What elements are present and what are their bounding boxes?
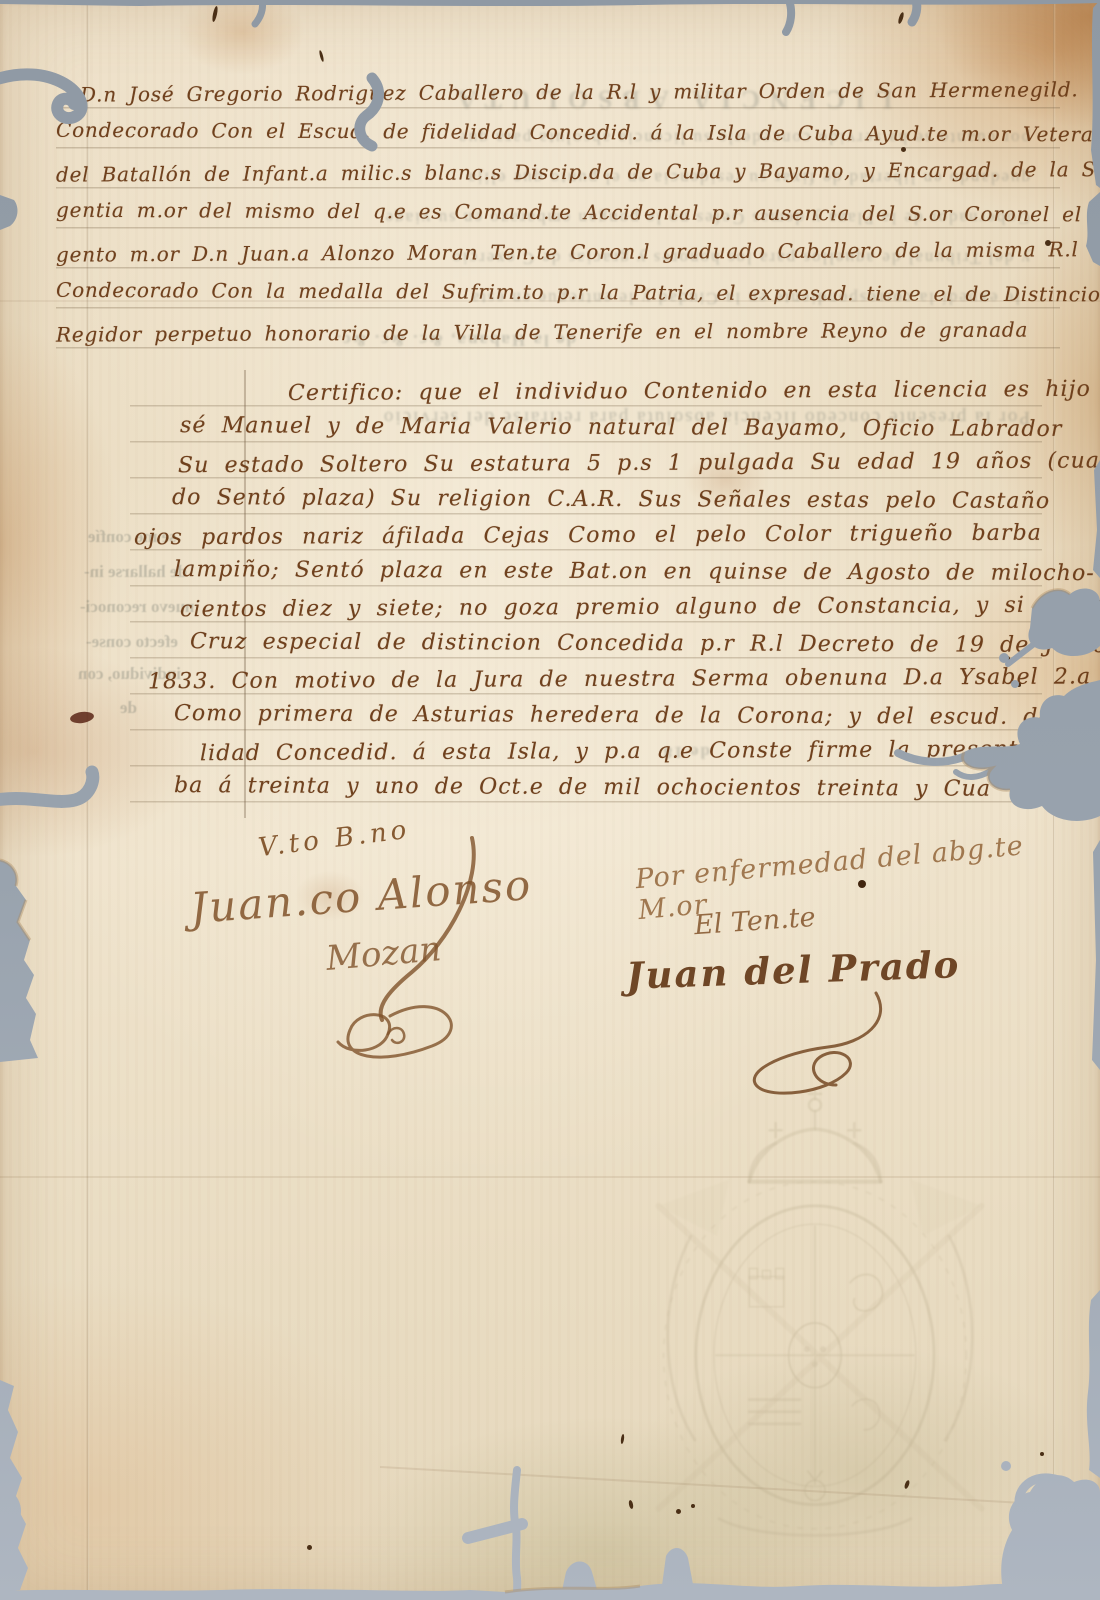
manuscript-line: Cruz especial de distincion Concedida p.… bbox=[190, 624, 1042, 664]
manuscript-line: Su estado Soltero Su estatura 5 p.s 1 pu… bbox=[178, 444, 1042, 485]
manuscript-line: D.n José Gregorio Rodriguez Caballero de… bbox=[80, 69, 1060, 114]
manuscript-line: do Sentó plaza) Su religion C.A.R. Sus S… bbox=[172, 480, 1042, 520]
manuscript-line: gento m.or D.n Juan.a Alonzo Moran Ten.t… bbox=[56, 229, 1060, 274]
ink-speck bbox=[1045, 240, 1051, 246]
ink-speck bbox=[318, 50, 324, 62]
manuscript-line: lampiño; Sentó plaza en este Bat.on en q… bbox=[174, 552, 1042, 592]
manuscript-line: del Batallón de Infant.a milic.s blanc.s… bbox=[56, 149, 1060, 194]
manuscript-line: Certifico: que el individuo Contenido en… bbox=[288, 372, 1042, 412]
ink-speck bbox=[307, 1545, 312, 1550]
document-page: LICENCIA ABSOLUTA por cuanto se ha servi… bbox=[0, 0, 1100, 1600]
ink-blot bbox=[69, 710, 94, 724]
manuscript-line: Regidor perpetuo honorario de la Villa d… bbox=[56, 309, 1060, 354]
ink-speck bbox=[676, 1509, 681, 1514]
manuscript-line: lidad Concedid. á esta Isla, y p.a q.e C… bbox=[200, 732, 1042, 772]
ink-speck bbox=[1005, 656, 1010, 661]
scan-background: LICENCIA ABSOLUTA por cuanto se ha servi… bbox=[0, 0, 1100, 1600]
manuscript-line: Condecorado Con la medalla del Sufrim.to… bbox=[56, 270, 1060, 314]
manuscript-line: gentia m.or del mismo del q.e es Comand.… bbox=[56, 190, 1060, 234]
manuscript-line: Condecorado Con el Escud. de fidelidad C… bbox=[56, 110, 1060, 154]
manuscript-line: ojos pardos nariz áfilada Cejas Como el … bbox=[134, 516, 1042, 557]
manuscript-line: sé Manuel y de Maria Valerio natural del… bbox=[180, 408, 1042, 448]
ink-blot bbox=[858, 880, 866, 888]
right-signature-flourish bbox=[650, 985, 910, 1105]
coat-of-arms-watermark bbox=[598, 1082, 1042, 1572]
manuscript-line: 1833. Con motivo de la Jura de nuestra S… bbox=[148, 660, 1042, 701]
manuscript-line: cientos diez y siete; no goza premio alg… bbox=[180, 588, 1042, 629]
opening-paragraph: D.n José Gregorio Rodriguez Caballero de… bbox=[56, 72, 1060, 352]
ink-speck bbox=[211, 6, 218, 22]
ink-speck bbox=[901, 147, 906, 152]
manuscript-line: Como primera de Asturias heredera de la … bbox=[174, 696, 1042, 736]
manuscript-line: ba á treinta y uno de Oct.e de mil ochoc… bbox=[174, 768, 1042, 808]
ink-speck bbox=[897, 12, 905, 25]
certification-paragraph: Certifico: que el individuo Contenido en… bbox=[130, 374, 1042, 806]
ink-speck bbox=[1040, 1452, 1044, 1456]
ink-speck bbox=[691, 1504, 695, 1508]
left-signature-rubric-flourish bbox=[180, 820, 520, 1080]
ink-speck bbox=[1017, 683, 1021, 687]
